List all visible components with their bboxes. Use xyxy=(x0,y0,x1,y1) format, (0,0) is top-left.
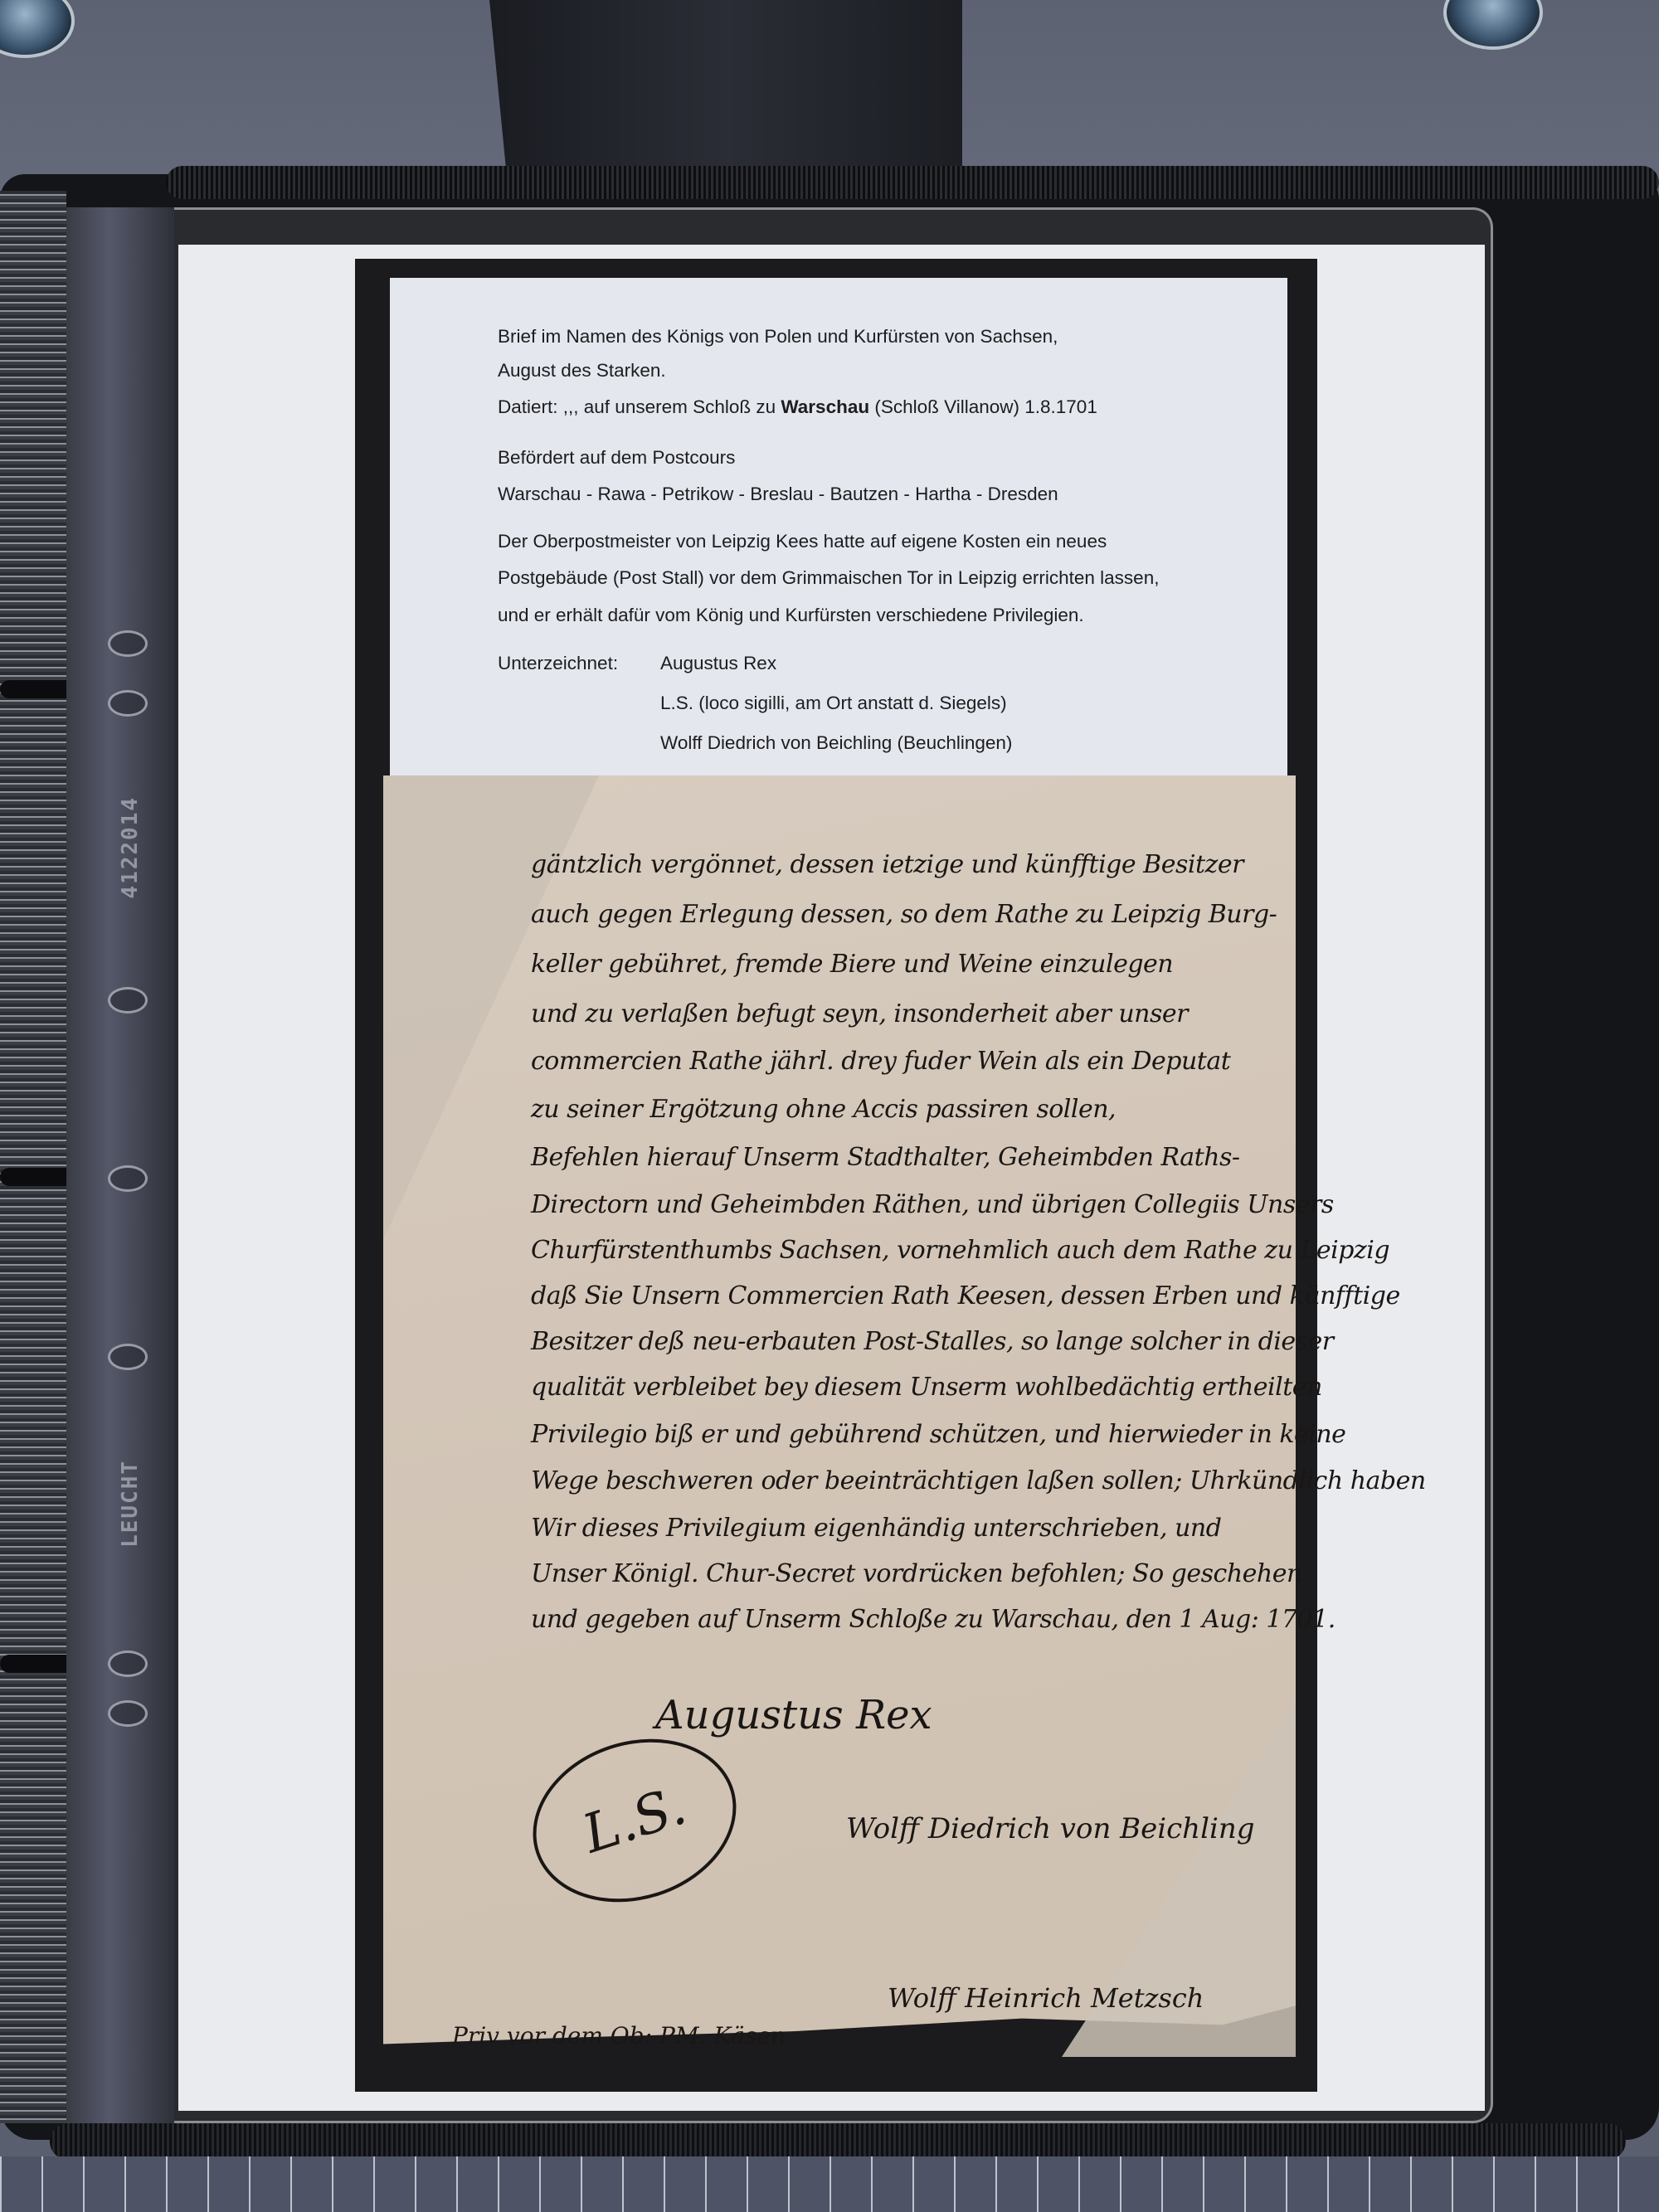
label-title-line1: Brief im Namen des Königs von Polen und … xyxy=(498,328,1287,347)
manuscript-line: qualität verbleibet bey diesem Unserm wo… xyxy=(531,1373,1322,1402)
manuscript-line: Wege beschweren oder beeinträchtigen laß… xyxy=(531,1466,1426,1495)
manuscript-line: Besitzer deß neu-erbauten Post-Stalles, … xyxy=(531,1327,1334,1356)
manuscript-line: Churfürstenthumbs Sachsen, vornehmlich a… xyxy=(531,1236,1389,1265)
label-route: Warschau - Rawa - Petrikow - Breslau - B… xyxy=(498,485,1287,504)
label-dated-place: Warschau xyxy=(781,396,869,417)
label-signatory: Augustus Rex xyxy=(660,653,776,674)
signature-augustus-rex: Augustus Rex xyxy=(655,1692,932,1738)
manuscript-line: und zu verlaßen befugt seyn, insonderhei… xyxy=(531,999,1188,1028)
punch-hole xyxy=(108,1344,148,1370)
punch-hole xyxy=(108,987,148,1014)
zipper-top xyxy=(166,166,1659,199)
manuscript-line: keller gebühret, fremde Biere und Weine … xyxy=(531,950,1173,979)
punch-hole xyxy=(108,690,148,717)
manuscript-line: Directorn und Geheimbden Räthen, und übr… xyxy=(531,1190,1334,1219)
punch-hole xyxy=(108,630,148,657)
punch-hole xyxy=(108,1650,148,1677)
cutting-mat xyxy=(0,2156,1659,2212)
manuscript-line: und gegeben auf Unserm Schloße zu Warsch… xyxy=(531,1605,1335,1634)
zipper-bottom xyxy=(50,2123,1626,2160)
label-description-line: und er erhält dafür vom König und Kurfür… xyxy=(498,606,1287,625)
punch-hole xyxy=(108,1700,148,1727)
label-description-line: Der Oberpostmeister von Leipzig Kees hat… xyxy=(498,532,1219,552)
signature-beichling: Wolff Diedrich von Beichling xyxy=(846,1812,1255,1845)
label-description-line: Postgebäude (Post Stall) vor dem Grimmai… xyxy=(498,569,1219,588)
sleeve-embossed-number: 4122014 xyxy=(118,796,151,899)
label-signatory: Wolff Diedrich von Beichling (Beuchlinge… xyxy=(660,732,1012,754)
printed-description-label: Brief im Namen des Königs von Polen und … xyxy=(390,278,1287,782)
label-dated: Datiert: ,,, auf unserem Schloß zu Warsc… xyxy=(498,398,1287,417)
manuscript-line: gäntzlich vergönnet, dessen ietzige und … xyxy=(531,850,1243,879)
punch-hole xyxy=(108,1165,148,1192)
binder-spine xyxy=(0,191,66,2123)
manuscript-line: daß Sie Unsern Commercien Rath Keesen, d… xyxy=(531,1281,1400,1310)
manuscript-line: commercien Rathe jährl. drey fuder Wein … xyxy=(531,1047,1230,1076)
label-signatory: L.S. (loco sigilli, am Ort anstatt d. Si… xyxy=(660,693,1007,714)
label-route-heading: Befördert auf dem Postcours xyxy=(498,449,1287,468)
manuscript-line: Unser Königl. Chur-Secret vordrücken bef… xyxy=(531,1559,1302,1588)
manuscript-line: Wir dieses Privilegium eigenhändig unter… xyxy=(531,1514,1221,1543)
margin-note: Priv vor dem Ob: PM. Käsen xyxy=(452,2022,786,2049)
label-signed-heading: Unterzeichnet: xyxy=(498,653,660,674)
manuscript-line: auch gegen Erlegung dessen, so dem Rathe… xyxy=(531,900,1277,929)
signature-countersign: Wolff Heinrich Metzsch xyxy=(888,1982,1204,2014)
camera-mount xyxy=(489,0,962,192)
manuscript-line: Befehlen hierauf Unserm Stadthalter, Geh… xyxy=(531,1143,1240,1172)
manuscript-line: Privilegio biß er und gebührend schützen… xyxy=(531,1420,1345,1449)
sleeve-embossed-brand: LEUCHT xyxy=(118,1460,151,1548)
manuscript-line: zu seiner Ergötzung ohne Accis passiren … xyxy=(531,1095,1116,1124)
label-title-line2: August des Starken. xyxy=(498,362,1287,381)
